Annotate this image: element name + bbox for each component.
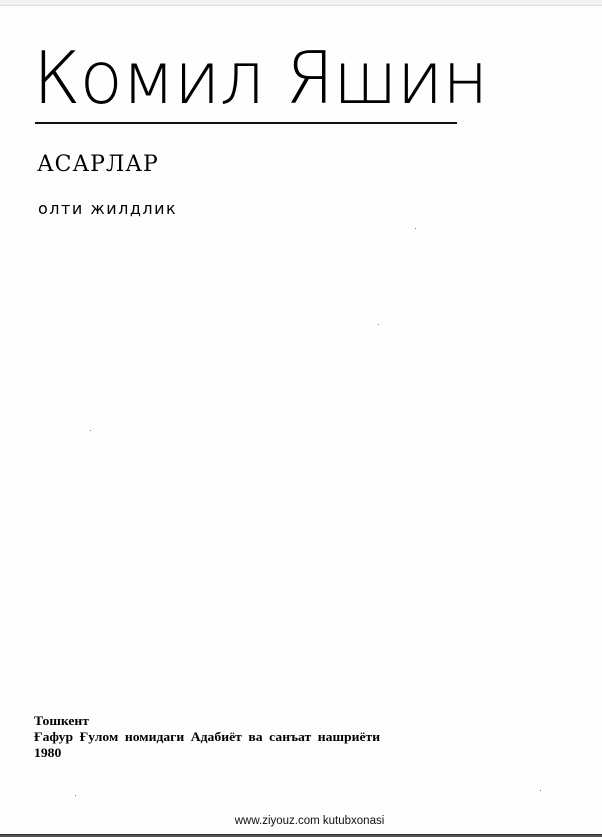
- imprint-year: 1980: [34, 745, 380, 761]
- scan-speck: [90, 430, 91, 431]
- scan-speck: [540, 790, 541, 791]
- imprint-publisher: Ғафур Ғулом номидаги Адабиёт ва санъат н…: [34, 729, 380, 745]
- volumes-note: олти жилдлик: [38, 199, 177, 218]
- works-heading: АСАРЛАР: [37, 152, 159, 177]
- scan-speck: [75, 795, 76, 796]
- footer-watermark: www.ziyouz.com kutubxonasi: [0, 815, 602, 827]
- scan-speck: [415, 228, 416, 229]
- imprint-block: Тошкент Ғафур Ғулом номидаги Адабиёт ва …: [34, 713, 380, 761]
- title-underline-rule: [35, 122, 457, 124]
- author-name-title: Комил Яшин: [33, 38, 487, 118]
- imprint-city: Тошкент: [34, 713, 380, 729]
- document-page: [0, 6, 602, 834]
- scan-speck: [378, 324, 379, 325]
